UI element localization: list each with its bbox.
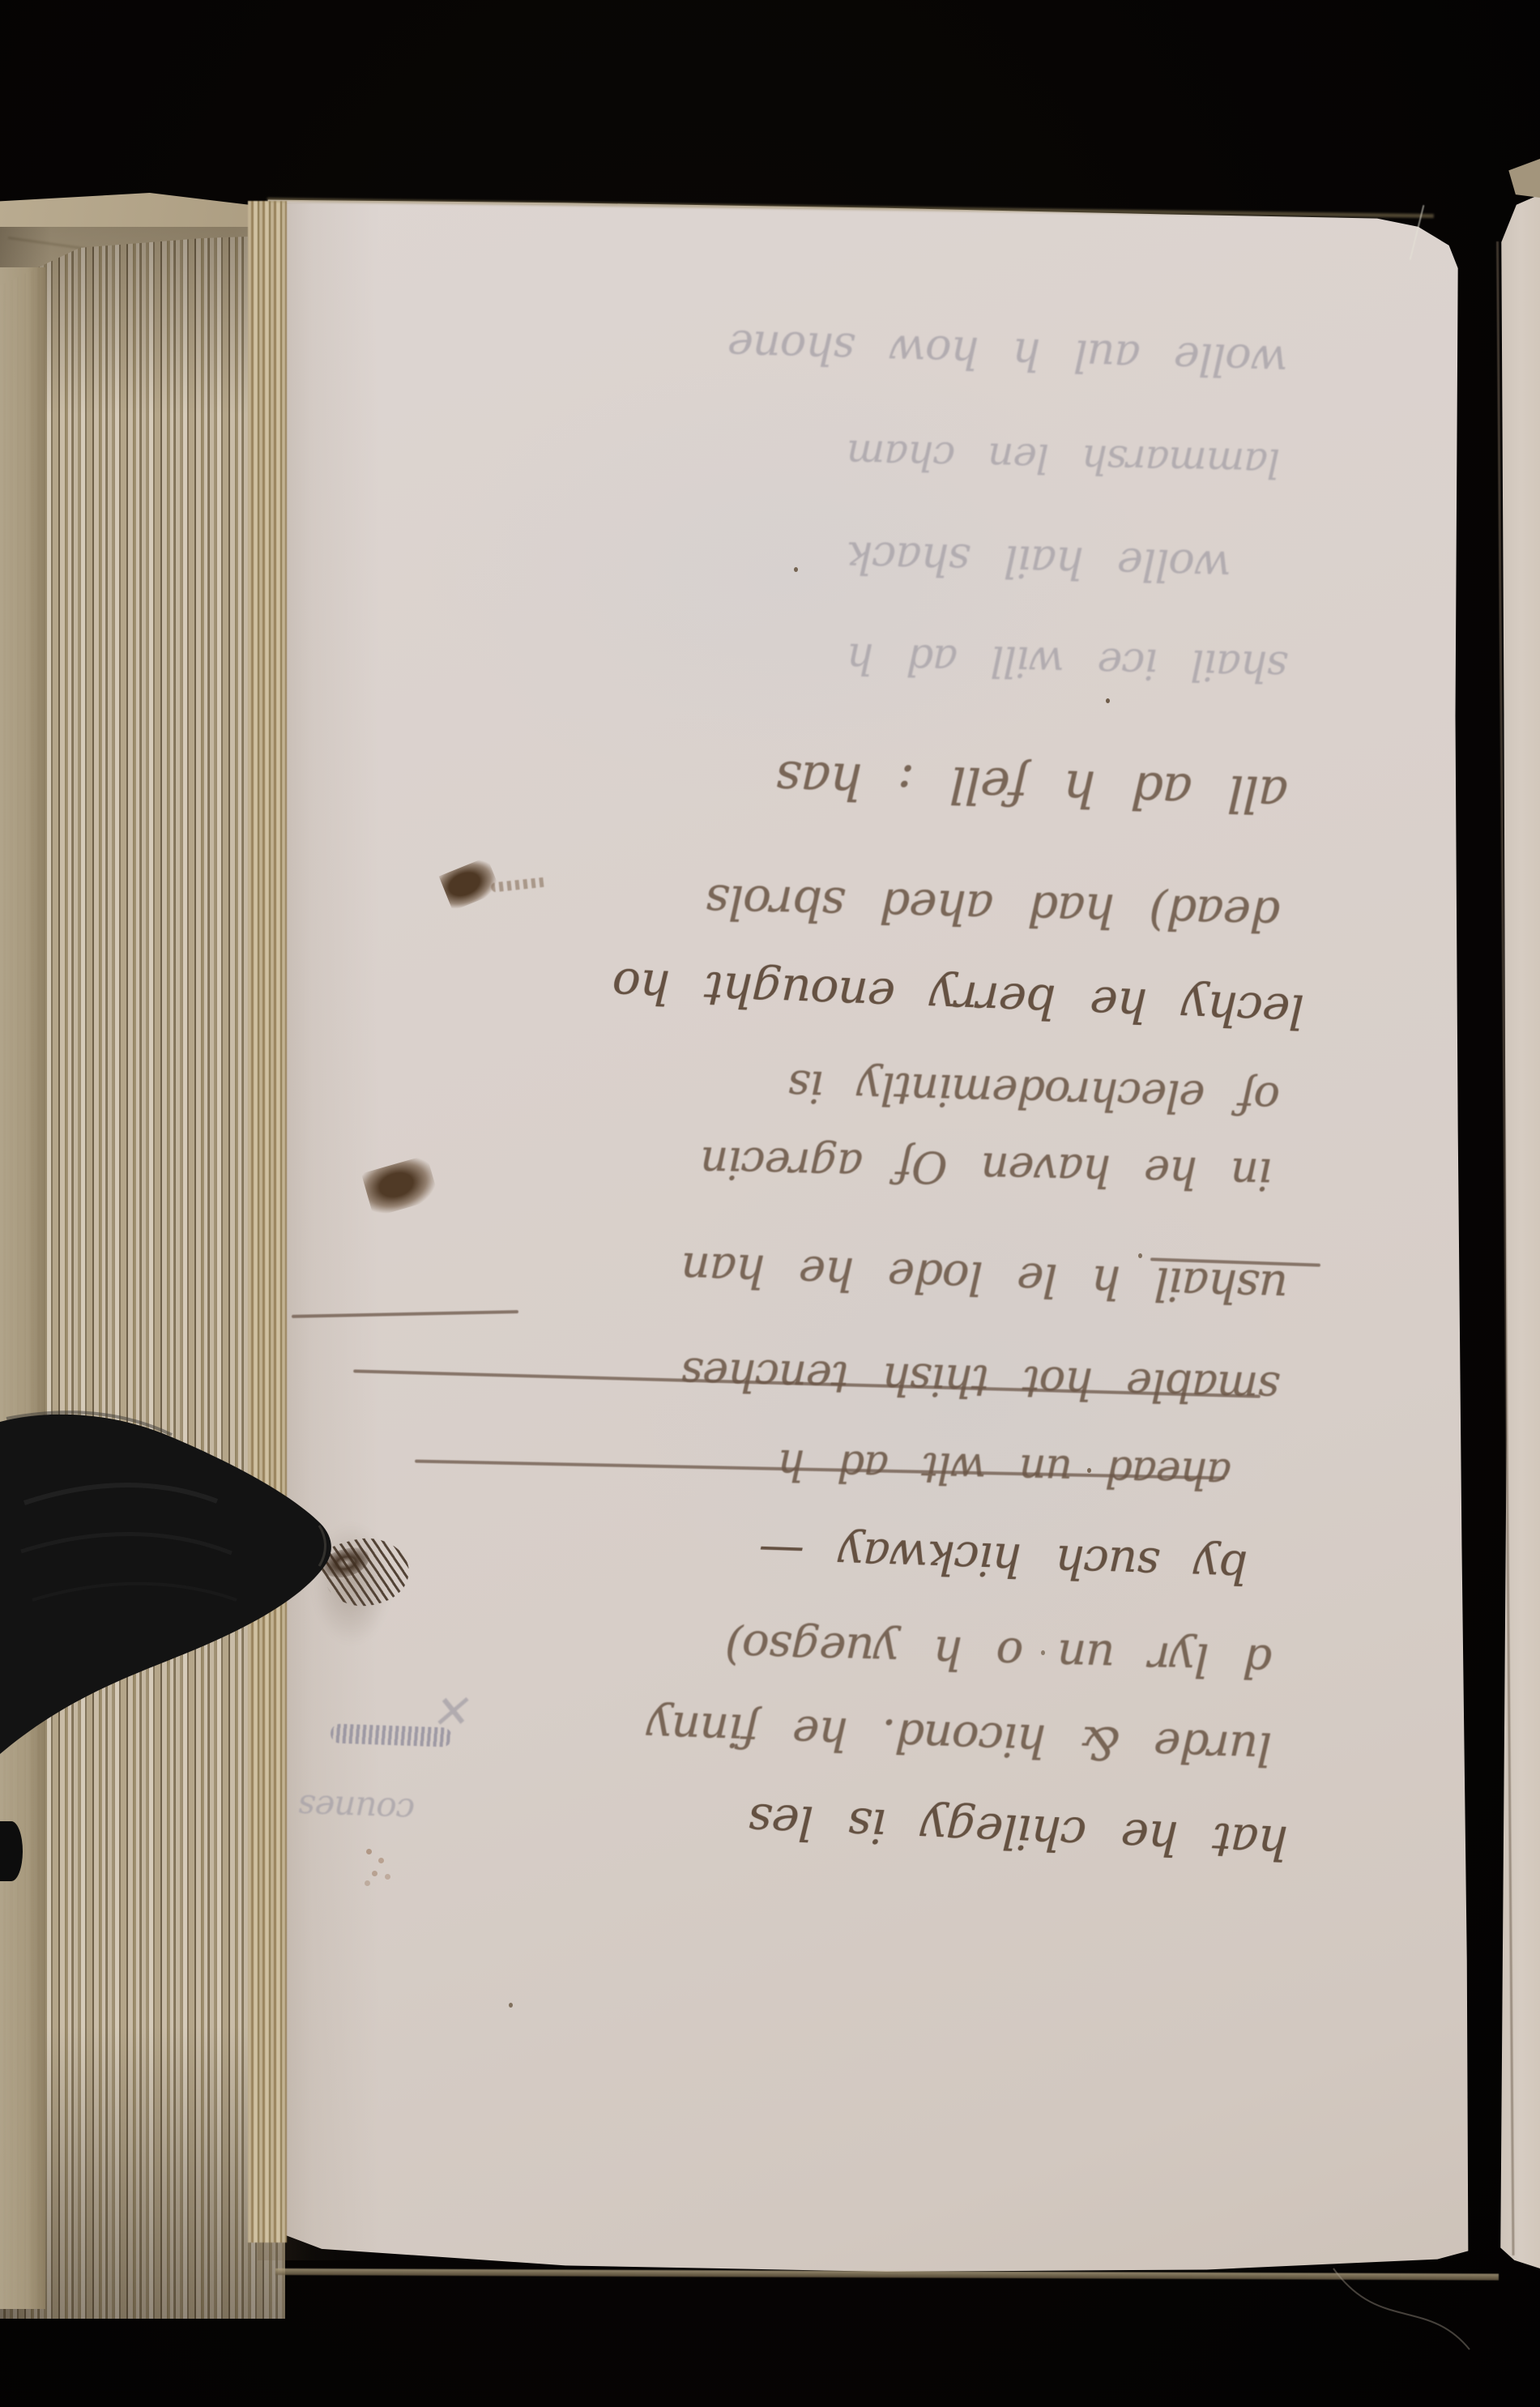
cover-left-band xyxy=(0,267,45,2309)
glove-fragment xyxy=(0,1821,23,1881)
dust-thread xyxy=(1330,2259,1476,2364)
cover-corner-top-right xyxy=(1505,159,1540,198)
manuscript-photograph: wolle aul h how shone lammarsh len cham … xyxy=(0,0,1540,2407)
faint-ink-speckles xyxy=(366,1849,372,1854)
page-browned-fore-edge xyxy=(248,201,287,2243)
gloved-thumb xyxy=(0,1406,353,1932)
ink-specks xyxy=(794,567,798,572)
